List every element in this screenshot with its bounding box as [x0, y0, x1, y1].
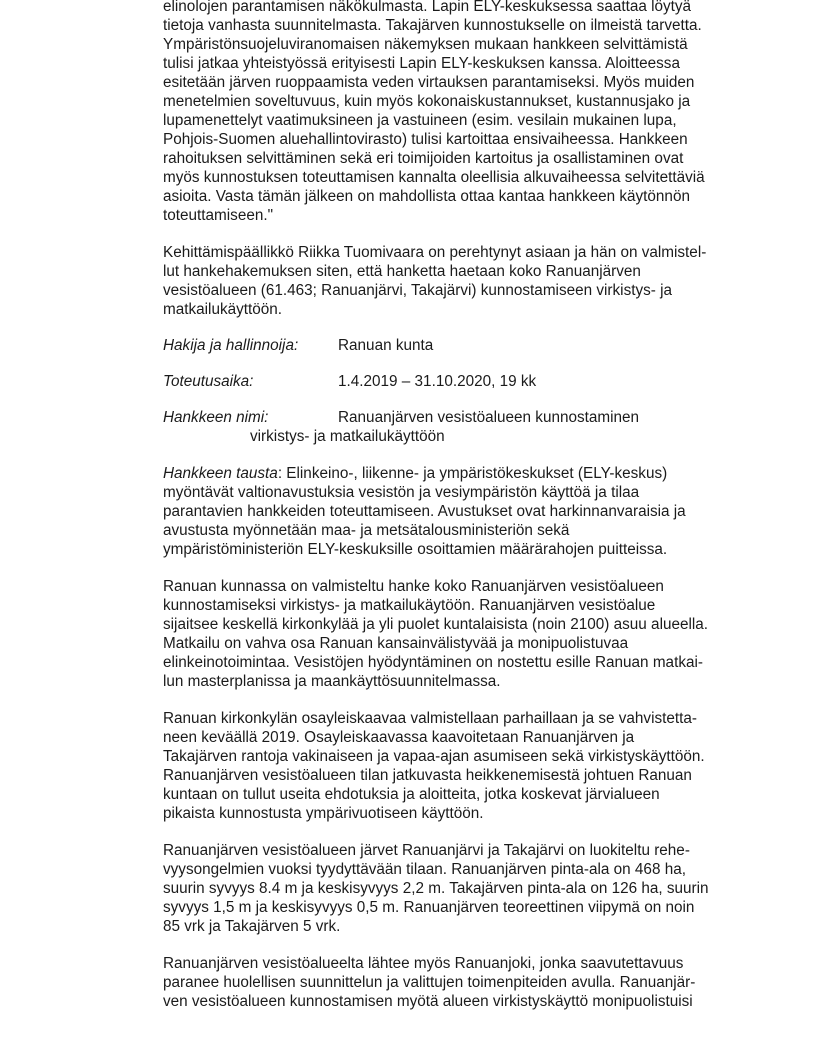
text-line: elinkeinotoimintaa. Vesistöjen hyödyntäm…: [163, 653, 753, 672]
text-line: suurin syvyys 8.4 m ja keskisyvyys 2,2 m…: [163, 879, 753, 898]
text-line: paranee huolellisen suunnittelun ja vali…: [163, 973, 753, 992]
text-line: Hankkeen tausta: Elinkeino-, liikenne- j…: [163, 464, 753, 483]
text-line: tietoja vanhasta suunnitelmasta. Takajär…: [163, 16, 753, 35]
background-label: Hankkeen tausta: [163, 465, 278, 482]
field-applicant: Hakija ja hallinnoija: Ranuan kunta: [163, 336, 753, 355]
field-value: 1.4.2019 – 31.10.2020, 19 kk: [338, 372, 536, 391]
document-page: elinolojen parantamisen näkökulmasta. La…: [163, 0, 753, 1029]
text-line: myöntävät valtionavustuksia vesistön ja …: [163, 483, 753, 502]
text-line: asioita. Vasta tämän jälkeen on mahdolli…: [163, 187, 753, 206]
field-value: Ranuanjärven vesistöalueen kunnostaminen: [338, 408, 639, 427]
text-line: lut hankehakemuksen siten, että hanketta…: [163, 262, 753, 281]
text-line: pikaista kunnostusta ympärivuotiseen käy…: [163, 804, 753, 823]
text-line: myös kunnostuksen toteuttamisen kannalta…: [163, 168, 753, 187]
text-line: matkailukäyttöön.: [163, 300, 753, 319]
text-line: Kehittämispäällikkö Riikka Tuomivaara on…: [163, 243, 753, 262]
text-line: tulisi jatkaa yhteistyössä erityisesti L…: [163, 54, 753, 73]
text-line: ven vesistöalueen kunnostamisen myötä al…: [163, 992, 753, 1011]
text-line: elinolojen parantamisen näkökulmasta. La…: [163, 0, 753, 16]
text-line: parantavien hankkeiden toteuttamiseen. A…: [163, 502, 753, 521]
field-project-name: Hankkeen nimi: Ranuanjärven vesistöaluee…: [163, 408, 753, 446]
text-line: ympäristöministeriön ELY-keskuksille oso…: [163, 540, 753, 559]
background-first-line: : Elinkeino-, liikenne- ja ympäristökesk…: [278, 465, 667, 482]
text-line: Ranuan kunnassa on valmisteltu hanke kok…: [163, 577, 753, 596]
paragraph-ranuanjoki: Ranuanjärven vesistöalueelta lähtee myös…: [163, 954, 753, 1011]
text-line: menetelmien soveltuvuus, kuin myös kokon…: [163, 92, 753, 111]
text-line: kuntaan on tullut useita ehdotuksia ja a…: [163, 785, 753, 804]
text-line: toteuttamiseen.": [163, 206, 753, 225]
field-implementation-period: Toteutusaika: 1.4.2019 – 31.10.2020, 19 …: [163, 372, 753, 391]
text-line: rahoituksen selvittäminen sekä eri toimi…: [163, 149, 753, 168]
text-line: lupamenettelyt vaatimuksineen ja vastuin…: [163, 111, 753, 130]
text-line: syvyys 1,5 m ja keskisyvyys 0,5 m. Ranua…: [163, 898, 753, 917]
field-value-continuation: virkistys- ja matkailukäyttöön: [250, 427, 445, 446]
text-line: lun masterplanissa ja maankäyttösuunnite…: [163, 672, 753, 691]
text-line: 85 vrk ja Takajärven 5 vrk.: [163, 917, 753, 936]
text-line: kunnostamiseksi virkistys- ja matkailukä…: [163, 596, 753, 615]
paragraph-zoning-plan: Ranuan kirkonkylän osayleiskaavaa valmis…: [163, 709, 753, 823]
text-line: Pohjois-Suomen aluehallintovirasto) tuli…: [163, 130, 753, 149]
paragraph-development-manager: Kehittämispäällikkö Riikka Tuomivaara on…: [163, 243, 753, 319]
paragraph-lake-facts: Ranuanjärven vesistöalueen järvet Ranuan…: [163, 841, 753, 936]
field-label: Hakija ja hallinnoija:: [163, 336, 298, 355]
text-line: vyysongelmien vuoksi tyydyttävään tilaan…: [163, 860, 753, 879]
field-label: Hankkeen nimi:: [163, 408, 268, 427]
text-line: Ranuanjärven vesistöalueelta lähtee myös…: [163, 954, 753, 973]
paragraph-ranua-project: Ranuan kunnassa on valmisteltu hanke kok…: [163, 577, 753, 691]
paragraph-quote-continuation: elinolojen parantamisen näkökulmasta. La…: [163, 0, 753, 225]
field-label: Toteutusaika:: [163, 372, 253, 391]
text-line: esitetään järven ruoppaamista veden virt…: [163, 73, 753, 92]
text-line: Matkailu on vahva osa Ranuan kansainväli…: [163, 634, 753, 653]
text-line: vesistöalueen (61.463; Ranuanjärvi, Taka…: [163, 281, 753, 300]
text-line: neen keväällä 2019. Osayleiskaavassa kaa…: [163, 728, 753, 747]
text-line: sijaitsee keskellä kirkonkylää ja yli pu…: [163, 615, 753, 634]
text-line: avustusta myönnetään maa- ja metsätalous…: [163, 521, 753, 540]
text-line: Ranuanjärven vesistöalueen tilan jatkuva…: [163, 766, 753, 785]
text-line: Ranuan kirkonkylän osayleiskaavaa valmis…: [163, 709, 753, 728]
paragraph-project-background: Hankkeen tausta: Elinkeino-, liikenne- j…: [163, 464, 753, 559]
text-line: Takajärven rantoja vakinaiseen ja vapaa-…: [163, 747, 753, 766]
text-line: Ranuanjärven vesistöalueen järvet Ranuan…: [163, 841, 753, 860]
text-line: Ympäristönsuojeluviranomaisen näkemyksen…: [163, 35, 753, 54]
field-value: Ranuan kunta: [338, 336, 433, 355]
